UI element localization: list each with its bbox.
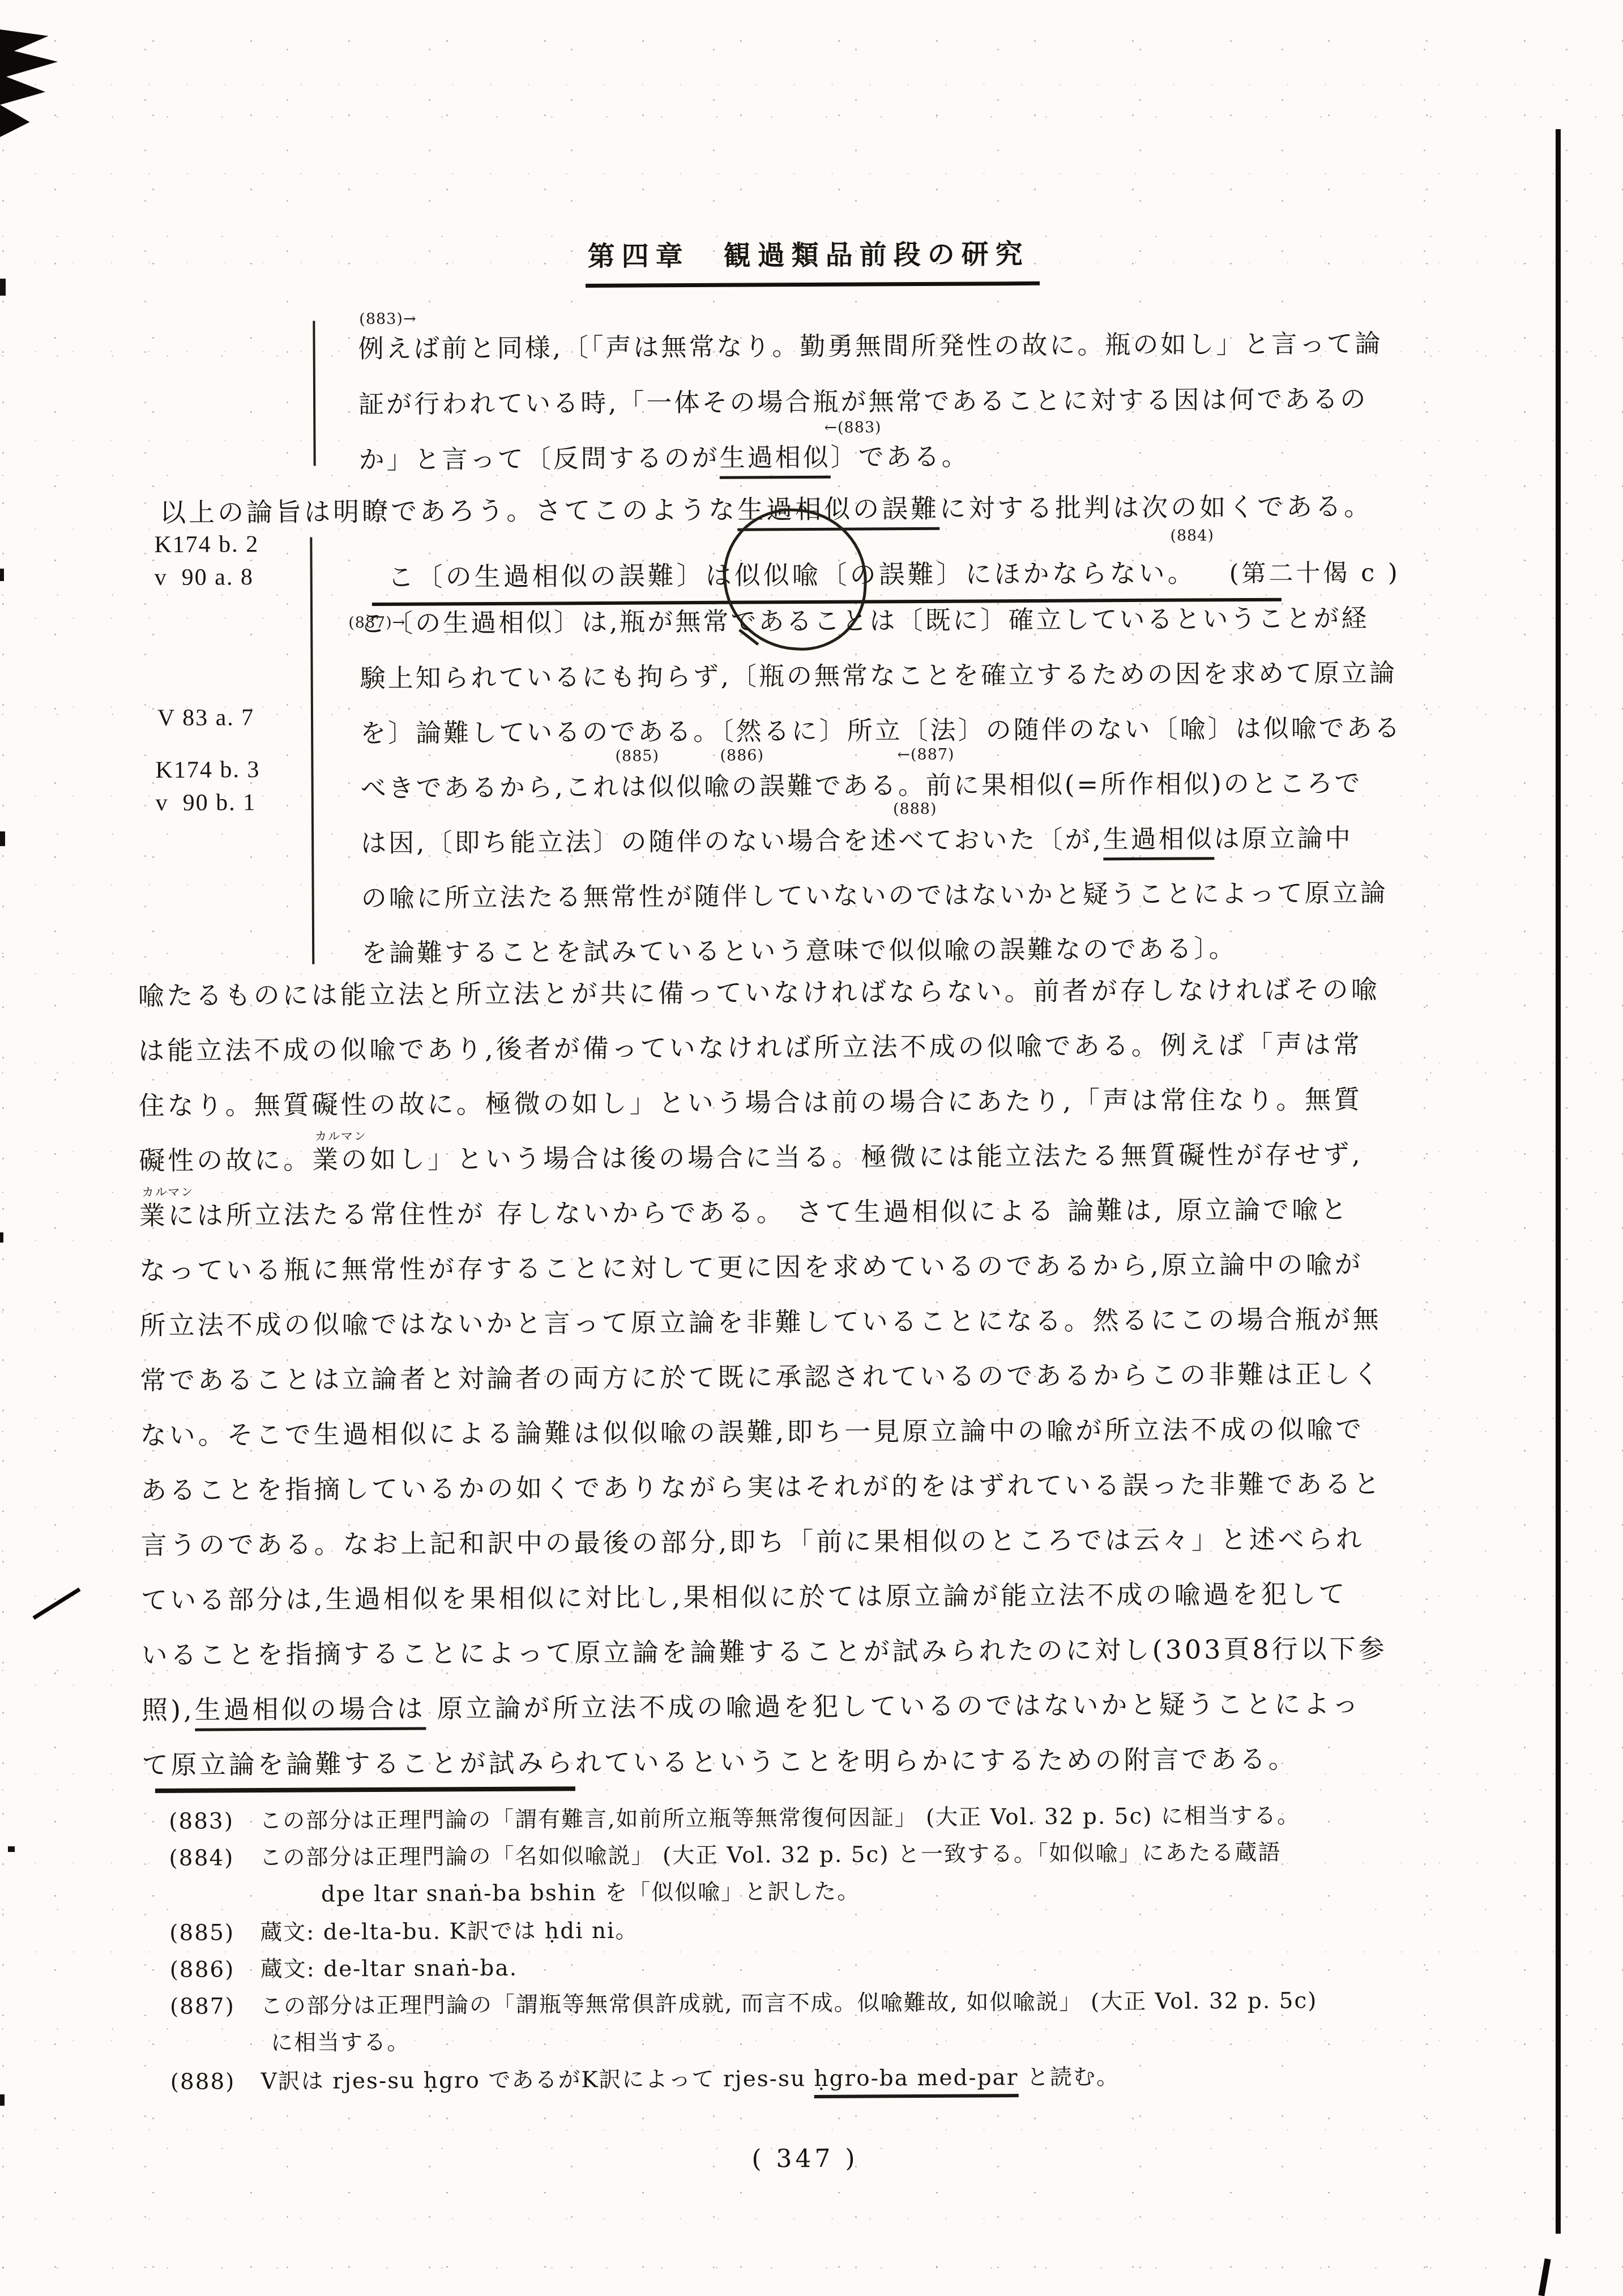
footnote-marker-888: (888) (893, 800, 937, 818)
page-number: ( 347 ) (751, 2144, 859, 2174)
verse-line: こ〔の生過相似の誤難〕は似似喩〔の誤難〕にほかならない。(第二十偈 c ) (388, 557, 1400, 593)
footnote-text: 蔵文: de-ltar snaṅ-ba. (260, 1956, 518, 1983)
footnote-888-post: と読む。 (1018, 2064, 1120, 2090)
quote2-rule (310, 537, 314, 965)
quote1-line: か」と言って〔反問するのが生過相似〕である。 (358, 442, 969, 481)
footnote-marker-884: (884) (1170, 527, 1214, 544)
quote2-line: べきであるから,これは似似喩の誤難である。前に果相似(=所作相似)のところで (361, 768, 1363, 803)
verse-ref: (第二十偈 c ) (1197, 559, 1400, 588)
body-line: 常であることは立論者と対論者の両方に於て既に承認されているのであるからこの非難は… (140, 1359, 1382, 1396)
footnote-number: (885) (169, 1920, 234, 1947)
quote2-line: は因,〔即ち能立法〕の随伴のない場合を述べておいた〔が,生過相似は原立論中 (361, 823, 1353, 864)
chapter-heading: 第四章 観過類品前段の研究 (586, 232, 1040, 288)
body-line: 礙性の故に。業の如し」という場合は後の場合に当る。極微には能立法たる無質礙性が存… (139, 1139, 1363, 1176)
quote2-line: 験上知られているにも拘らず,〔瓶の無常なことを確立するための因を求めて原立論 (360, 658, 1398, 694)
body-line: なっている瓶に無常性が存することに対して更に因を求めているのであるから,原立論中… (139, 1249, 1364, 1286)
ruby-karman: カルマン (142, 1183, 194, 1200)
page-content: 第四章 観過類品前段の研究 (883)→ 例えば前と同様,〔「声は無常なり。勤勇… (0, 0, 1623, 2296)
body-line14-post: 原立論が所立法不成の喩過を犯しているのではないかと疑うことによっ (426, 1688, 1361, 1724)
footnote-text: この部分は正理門論の「謂瓶等無常倶許成就, 而言不成。似喩難故, 如似喩説」 (… (260, 1988, 1318, 2020)
footnote-marker-883-start: (883)→ (359, 310, 416, 328)
footnote-separator (155, 1786, 575, 1793)
footnote-number: (884) (169, 1845, 234, 1872)
body-line: 業には所立法たる常住性が 存しないからである。 さて生過相似による 論難は, 原… (139, 1194, 1349, 1231)
scan-speck (0, 2094, 5, 2106)
body-line: て原立論を論難することが試みられているということを明らかにするための附言である。 (142, 1744, 1297, 1781)
body-line: 照),生過相似の場合は 原立論が所立法不成の喩過を犯しているのではないかと疑うこ… (142, 1688, 1361, 1732)
quote1-line3-pre: か」と言って〔反問するのが (358, 443, 719, 475)
quote1-rule (313, 321, 315, 466)
footnote-marker-887-end: ←(887) (897, 746, 954, 764)
quote2-line: こ〔の生過相似〕は,瓶が無常であることは〔既に〕確立しているということが経 (360, 603, 1369, 638)
quote2-line5-post: は原立論中 (1214, 823, 1353, 853)
quote1-line3-underlined: 生過相似 (719, 442, 830, 479)
footnote-number: (887) (170, 1994, 235, 2020)
body-line: は能立法不成の似喩であり,後者が備っていなければ所立法不成の似喩である。例えば「… (138, 1029, 1363, 1066)
quote1-line: 例えば前と同様,〔「声は無常なり。勤勇無間所発性の故に。瓶の如し」と言って論 (358, 328, 1382, 364)
quote1-line3-post: 〕である。 (831, 442, 969, 472)
body-line: いることを指摘することによって原立論を論難することが試みられたのに対し(303頁… (142, 1633, 1387, 1671)
footnote-text: この部分は正理門論の「謂有難言,如前所立瓶等無常復何因証」 (大正 Vol. 3… (259, 1803, 1300, 1834)
body-line14-pre: 照), (142, 1695, 195, 1725)
body-line: 喩たるものには能立法と所立法とが共に備っていなければならない。前者が存しなければ… (138, 974, 1379, 1012)
body-line: あることを指摘しているかの如くでありながら実はそれが的をはずれている誤った非難で… (140, 1469, 1382, 1506)
footnote-text: 蔵文: de-lta-bu. K訳では ḥdi ni。 (260, 1918, 639, 1947)
margin-note-v83a7: V 83 a. 7 (157, 704, 254, 732)
scanned-page: { "page": { "chapter_title": "第四章 観過類品前段… (0, 0, 1623, 2296)
ruby-karman: カルマン (315, 1127, 367, 1144)
footnote-888-pre: V訳は rjes-su ḥgro であるがK訳によって rjes-su (261, 2066, 814, 2094)
quote2-line: の喩に所立法たる無常性が随伴していないのではないかと疑うことによって原立論 (361, 878, 1388, 914)
body-line: 住なり。無質礙性の故に。極微の如し」という場合は前の場合にあたり,「声は常住なり… (138, 1084, 1363, 1121)
footnote-number: (888) (170, 2069, 236, 2096)
quote2-line5-underlined: 生過相似 (1103, 823, 1214, 860)
footnote-marker-886: (886) (720, 746, 764, 764)
quote1-line: 証が行われている時,「一体その場合瓶が無常であることに対する因は何であるの (358, 384, 1368, 419)
body-line: ている部分は,生過相似を果相似に対比し,果相似に於ては原立論が能立法不成の喩過を… (141, 1578, 1348, 1615)
verse-post: 〔の誤難〕にほかならない。 (821, 557, 1197, 590)
margin-note-k174b2: K174 b. 2 (154, 531, 259, 558)
intro-pre: 以上の論旨は明瞭であろう。さてこのような (160, 494, 737, 528)
body-line: 言うのである。なお上記和訳中の最後の部分,即ち「前に果相似のところでは云々」と述… (141, 1523, 1365, 1561)
footnote-number: (883) (169, 1808, 234, 1835)
body-line14-underlined: 生過相似の場合は (195, 1693, 426, 1731)
body-line: ない。そこで生過相似による論難は似似喩の誤難,即ち一見原立論中の喩が所立法不成の… (140, 1414, 1364, 1451)
footnote-888-underlined: ḥgro-ba med-par (814, 2065, 1018, 2098)
footnote-text: V訳は rjes-su ḥgro であるがK訳によって rjes-su ḥgro… (261, 2064, 1120, 2101)
margin-note-v90a8: v 90 a. 8 (155, 564, 254, 591)
footnote-marker-885: (885) (615, 747, 659, 765)
footnote-text-continued: dpe ltar snaṅ-ba bshin を「似似喩」と訳した。 (321, 1879, 860, 1909)
footnote-marker-883-end: ←(883) (824, 419, 881, 437)
footnote-number: (886) (169, 1957, 234, 1983)
margin-note-v90b1: v 90 b. 1 (156, 789, 257, 817)
quote2-line: を論難することを試みているという意味で似似喩の誤難なのである〕。 (361, 933, 1237, 968)
intro-post: に対する批判は次の如くである。 (939, 491, 1373, 524)
footnote-text-continued: に相当する。 (271, 2030, 410, 2057)
quote2-line: を〕論難しているのである。〔然るに〕所立〔法〕の随伴のない〔喩〕は似喩である (360, 713, 1402, 749)
verse-pre: こ〔の生過相似の誤難〕は (388, 560, 734, 592)
body-line: 所立法不成の似喩ではないかと言って原立論を非難していることになる。然るにこの場合… (139, 1304, 1381, 1341)
footnote-text: この部分は正理門論の「名如似喩説」 (大正 Vol. 32 p. 5c) と一致… (259, 1840, 1281, 1872)
quote2-line5-pre: は因,〔即ち能立法〕の随伴のない場合を述べておいた〔が, (361, 824, 1103, 858)
margin-note-k174b3: K174 b. 3 (155, 756, 260, 784)
